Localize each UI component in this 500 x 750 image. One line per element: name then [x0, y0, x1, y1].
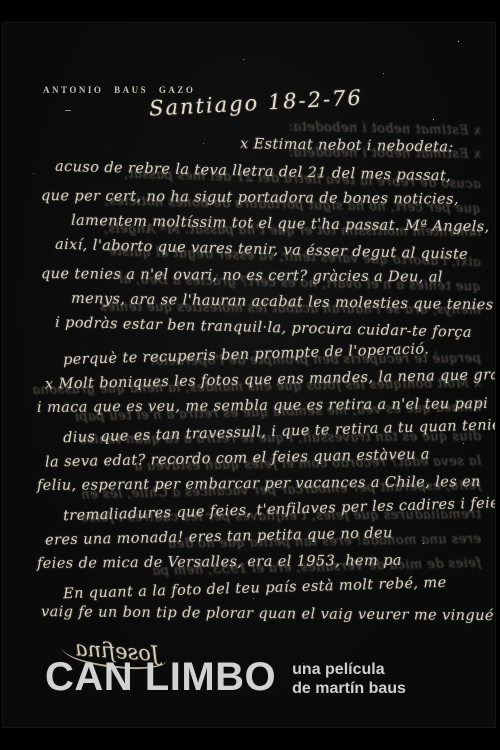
film-grain-specks [3, 23, 4, 24]
credit-line-2: de martín baus [292, 679, 406, 698]
handwritten-letter: x Estimat nebot i nebodeta:x Estimat neb… [35, 133, 481, 623]
title-block: CAN LIMBO una película de martín baus [45, 656, 406, 698]
credit-line-1: una película [292, 660, 406, 679]
movie-poster: ANTONIO BAUS GAZO Santiago 18-2-76 x Est… [0, 0, 500, 750]
ink-speck [65, 110, 71, 111]
letterhead-name: ANTONIO BAUS GAZO [43, 85, 195, 95]
film-title: CAN LIMBO [45, 656, 276, 698]
scanned-letter-poster: ANTONIO BAUS GAZO Santiago 18-2-76 x Est… [2, 22, 496, 728]
film-credits: una película de martín baus [292, 660, 406, 698]
ink-bleed-line: x Estimat nebot i nebodeta: [45, 115, 481, 124]
letter-line: vaig fe un bon tip de plorar quan el vai… [41, 599, 481, 629]
